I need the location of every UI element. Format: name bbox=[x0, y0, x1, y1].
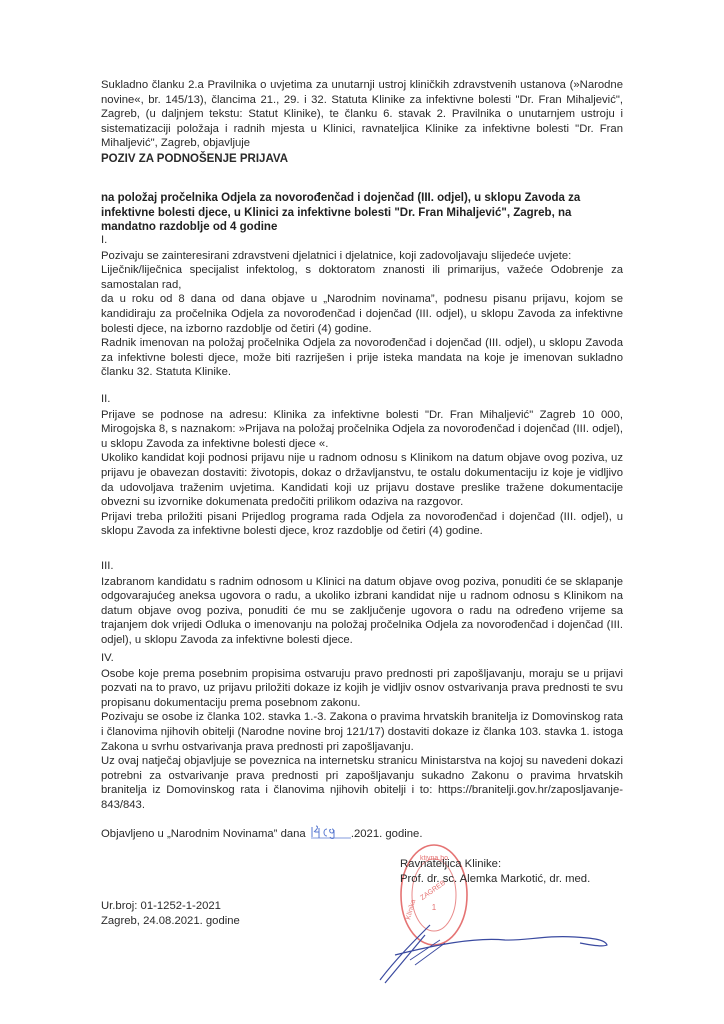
section-paragraph: Izabranom kandidatu s radnim odnosom u K… bbox=[101, 575, 623, 648]
reference-number: Ur.broj: 01-1252-1-2021 bbox=[101, 899, 240, 914]
signatory-block: Ravnateljica Klinike: Prof. dr. sc. Alem… bbox=[400, 857, 590, 886]
section-paragraph: Ukoliko kandidat koji podnosi prijavu ni… bbox=[101, 451, 623, 509]
publication-suffix: .2021. godine. bbox=[351, 828, 423, 840]
publication-prefix: Objavljeno u „Narodnim Novinama” dana bbox=[101, 828, 306, 840]
section-paragraph: Pozivaju se osobe iz članka 102. stavka … bbox=[101, 710, 623, 754]
section-1: I. Pozivaju se zainteresirani zdravstven… bbox=[101, 233, 623, 380]
section-4: IV. Osobe koje prema posebnim propisima … bbox=[101, 651, 623, 813]
section-3: III. Izabranom kandidatu s radnim odnoso… bbox=[101, 559, 623, 648]
document-subtitle: na položaj pročelnika Odjela za novorođe… bbox=[101, 191, 623, 235]
section-paragraph: Osobe koje prema posebnim propisima ostv… bbox=[101, 667, 623, 711]
section-paragraph: Uz ovaj natječaj objavljuje se poveznica… bbox=[101, 754, 623, 812]
section-paragraph: Prijavi treba priložiti pisani Prijedlog… bbox=[101, 510, 623, 539]
section-heading: I. bbox=[101, 233, 623, 248]
section-paragraph: Prijave se podnose na adresu: Klinika za… bbox=[101, 408, 623, 452]
section-heading: III. bbox=[101, 559, 623, 574]
intro-paragraph: Sukladno članku 2.a Pravilnika o uvjetim… bbox=[101, 78, 623, 151]
section-paragraph: da u roku od 8 dana od dana objave u „Na… bbox=[101, 292, 623, 336]
signatory-name: Prof. dr. sc. Alemka Markotić, dr. med. bbox=[400, 872, 590, 887]
section-heading: IV. bbox=[101, 651, 623, 666]
section-2: II. Prijave se podnose na adresu: Klinik… bbox=[101, 392, 623, 539]
section-heading: II. bbox=[101, 392, 623, 407]
reference-block: Ur.broj: 01-1252-1-2021 Zagreb, 24.08.20… bbox=[101, 899, 240, 928]
document-page: Sukladno članku 2.a Pravilnika o uvjetim… bbox=[0, 0, 724, 1024]
section-paragraph: Radnik imenovan na položaj pročelnika Od… bbox=[101, 336, 623, 380]
intro-text: Sukladno članku 2.a Pravilnika o uvjetim… bbox=[101, 78, 623, 151]
document-title: POZIV ZA PODNOŠENJE PRIJAVA bbox=[101, 152, 623, 167]
signatory-role: Ravnateljica Klinike: bbox=[400, 857, 590, 872]
reference-place-date: Zagreb, 24.08.2021. godine bbox=[101, 914, 240, 929]
signature-icon bbox=[375, 905, 615, 985]
handwritten-date bbox=[309, 826, 351, 839]
section-paragraph: Liječnik/liječnica specijalist infektolo… bbox=[101, 263, 623, 292]
section-paragraph: Pozivaju se zainteresirani zdravstveni d… bbox=[101, 249, 623, 264]
publication-line: Objavljeno u „Narodnim Novinama” dana .2… bbox=[101, 826, 623, 842]
handwritten-date-icon bbox=[309, 824, 353, 840]
